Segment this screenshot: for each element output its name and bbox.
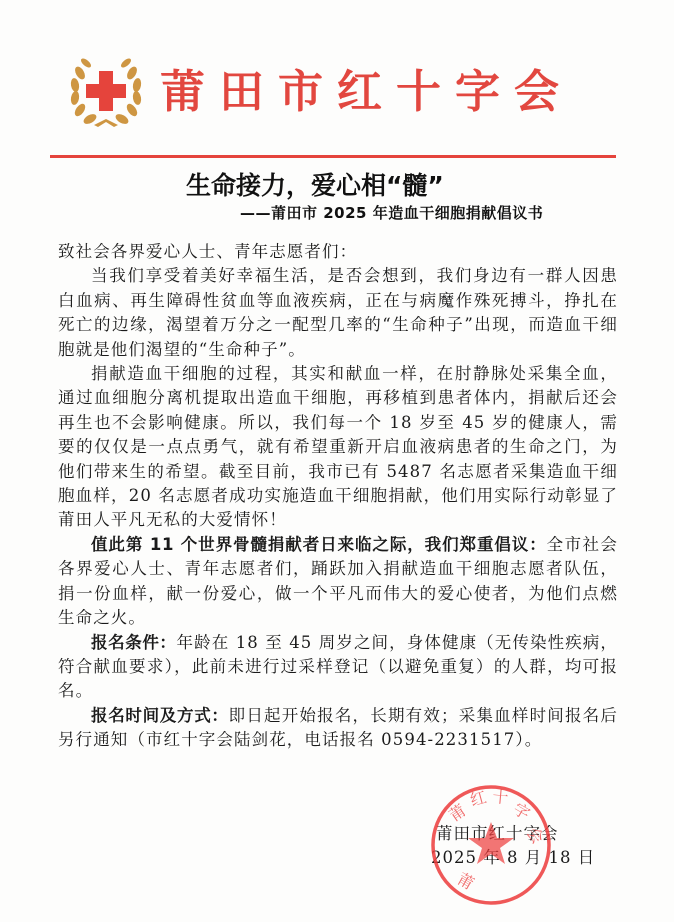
svg-text:红: 红 — [468, 787, 488, 809]
signature-date: 2025 年 8 月 18 日 — [431, 846, 595, 870]
eligibility-heading: 报名条件： — [91, 633, 177, 652]
paragraph-3: 值此第 11 个世界骨髓捐献者日来临之际，我们郑重倡议：全市社会各界爱心人士、青… — [58, 533, 618, 631]
signature-block: 莆田市红十字会 2025 年 8 月 18 日 — [436, 822, 595, 870]
paragraph-5: 报名时间及方式：即日起开始报名，长期有效；采集血样时间报名后另行通知（市红十字会… — [58, 704, 618, 753]
proposal-heading: 值此第 11 个世界骨髓捐献者日来临之际，我们郑重倡议： — [91, 535, 547, 554]
document-subtitle: ——莆田市 2025 年造血干细胞捐献倡议书 — [240, 202, 543, 223]
paragraph-1: 当我们享受着美好幸福生活，是否会想到，我们身边有一群人因患白血病、再生障碍性贫血… — [58, 264, 618, 362]
document-page: 莆田市红十字会 生命接力，爱心相“髓” ——莆田市 2025 年造血干细胞捐献倡… — [0, 0, 674, 922]
paragraph-2: 捐献造血干细胞的过程，其实和献血一样，在肘静脉处采集全血，通过血细胞分离机提取出… — [58, 362, 618, 533]
organization-name: 莆田市红十字会 — [160, 69, 573, 114]
salutation: 致社会各界爱心人士、青年志愿者们： — [58, 240, 618, 264]
registration-heading: 报名时间及方式： — [91, 706, 229, 725]
svg-text:莆: 莆 — [454, 869, 477, 893]
header-divider — [50, 155, 616, 158]
red-cross-emblem-icon — [66, 51, 146, 131]
svg-text:十: 十 — [492, 787, 510, 807]
letterhead: 莆田市红十字会 — [66, 50, 606, 132]
svg-text:字: 字 — [510, 799, 533, 823]
document-title: 生命接力，爱心相“髓” — [186, 166, 444, 202]
signature-org: 莆田市红十字会 — [436, 822, 595, 846]
paragraph-4: 报名条件：年龄在 18 至 45 周岁之间，身体健康（无传染性疾病，符合献血要求… — [58, 631, 618, 704]
letter-body: 致社会各界爱心人士、青年志愿者们： 当我们享受着美好幸福生活，是否会想到，我们身… — [58, 240, 618, 753]
